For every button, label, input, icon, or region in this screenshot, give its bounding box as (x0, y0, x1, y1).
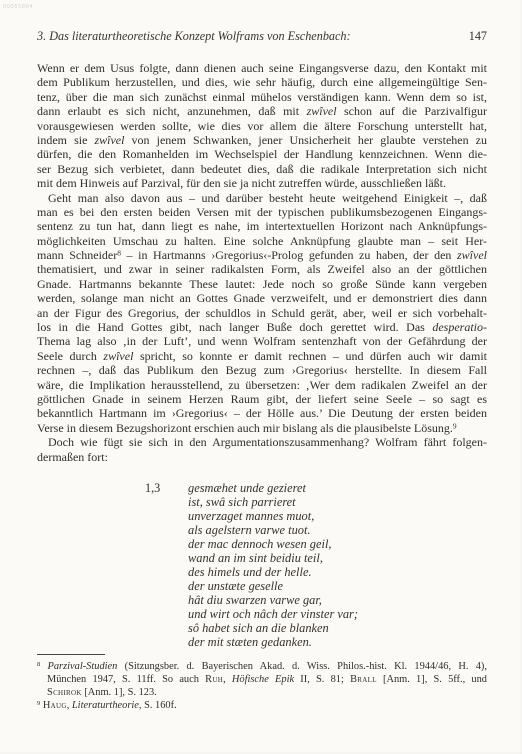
verse-line: unverzaget mannes muot, (188, 509, 487, 523)
page-number: 147 (469, 29, 487, 44)
body-text: Wenn er dem Usus folgte, dann dienen auc… (37, 61, 487, 464)
text-line: Thema lag also ‚in der Luft’, und wenn W… (37, 334, 487, 348)
text-line: wäre, die Implikation herausstellend, zu… (37, 378, 487, 392)
text-line: mann Schneider8 – in Hartmanns ›Gregoriu… (37, 248, 487, 262)
text-line: Wenn er dem Usus folgte, dann dienen auc… (37, 61, 487, 75)
text-line: göttlichen Gnade in seinem Herzen Raum g… (37, 392, 487, 406)
text-line: tenz, über die man sich zunächst einmal … (37, 90, 487, 104)
text-line: möglichkeiten Umschau zu halten. Eine so… (37, 234, 487, 248)
verse-line: als agelstern varwe tuot. (188, 523, 487, 537)
verse-line: sô habet sich an die blanken (188, 621, 487, 635)
footnote-line: 8 Parzival-Studien (Sitzungsber. d. Baye… (47, 661, 487, 674)
book-page: 00055804 3. Das literaturtheoretische Ko… (0, 0, 522, 754)
verse-line: hât diu swarzen varwe gar, (188, 593, 487, 607)
footnote-separator (37, 654, 105, 655)
text-line: thematisiert, und zwar in seiner radikal… (37, 262, 487, 276)
text-line: Gnade. Hartmanns bekannte These lautet: … (37, 277, 487, 291)
text-line: Doch wie fügt sie sich in den Argumentat… (37, 435, 487, 449)
text-line: dürfen, die den Romanhelden im Wechselsp… (37, 147, 487, 161)
verse-quote: 1,3 gesmæhet unde gezieretist, swâ sich … (37, 481, 487, 649)
text-line: ser Bezug sich verbietet, dann bedeutet … (37, 162, 487, 176)
text-line: sentenz zu tun hat, dann liegt es nahe, … (37, 219, 487, 233)
text-line: Verse in diesem Bezugshorizont erschien … (37, 421, 487, 435)
text-line: man es bei den ersten beiden Versen mit … (37, 205, 487, 219)
verse-label: 1,3 (145, 481, 160, 495)
verse-line: gesmæhet unde gezieret (188, 481, 487, 495)
footnote-line: 9 Haug, Literaturtheorie, S. 160f. (47, 700, 487, 713)
running-header-title: 3. Das literaturtheoretische Konzept Wol… (37, 29, 351, 44)
text-line: dem Publikum herzustellen, und dies, wie… (37, 75, 487, 89)
text-line: dann erlaubt es sich nicht, anzunehmen, … (37, 104, 487, 118)
verse-line: der mac dennoch wesen geil, (188, 537, 487, 551)
verse-line: des himels und der helle. (188, 565, 487, 579)
text-line: Geht man also davon aus – und darüber be… (37, 191, 487, 205)
text-line: bekanntlich Hartmann im ›Gregorius‹ – de… (37, 406, 487, 420)
footnote-line: Schirok [Anm. 1], S. 123. (47, 687, 487, 700)
verse-line: der unstæte geselle (188, 579, 487, 593)
footnote: 9 Haug, Literaturtheorie, S. 160f. (37, 700, 487, 713)
footnote: 8 Parzival-Studien (Sitzungsber. d. Baye… (37, 661, 487, 700)
footnotes-section: 8 Parzival-Studien (Sitzungsber. d. Baye… (37, 661, 487, 713)
text-line: an der Figur des Gregorius, der schuldlo… (37, 306, 487, 320)
scan-watermark: 00055804 (3, 4, 33, 10)
text-line: vorausgewiesen werden sollte, wie dies v… (37, 119, 487, 133)
footnote-line: München 1947, S. 11ff. So auch Ruh, Höfi… (47, 674, 487, 687)
text-line: dermaßen fort: (37, 450, 487, 464)
text-line: Seele durch zwîvel spricht, so konnte er… (37, 349, 487, 363)
verse-line: der mit stæten gedanken. (188, 635, 487, 649)
verse-line: und wirt och nâch der vinster var; (188, 607, 487, 621)
verse-line: ist, swâ sich parrieret (188, 495, 487, 509)
text-line: rechnen –, daß das Publikum den Bezug zu… (37, 363, 487, 377)
text-line: los in die Hand Gottes gibt, nach langer… (37, 320, 487, 334)
text-line: mit dem Hinweis auf Parzival, für den si… (37, 176, 487, 190)
text-line: indem sie zwîvel von jenem Schwanken, je… (37, 133, 487, 147)
running-header: 3. Das literaturtheoretische Konzept Wol… (37, 29, 487, 44)
verse-line: wand an im sint beidiu teil, (188, 551, 487, 565)
text-line: werden, solange man nicht an Gottes Gnad… (37, 291, 487, 305)
